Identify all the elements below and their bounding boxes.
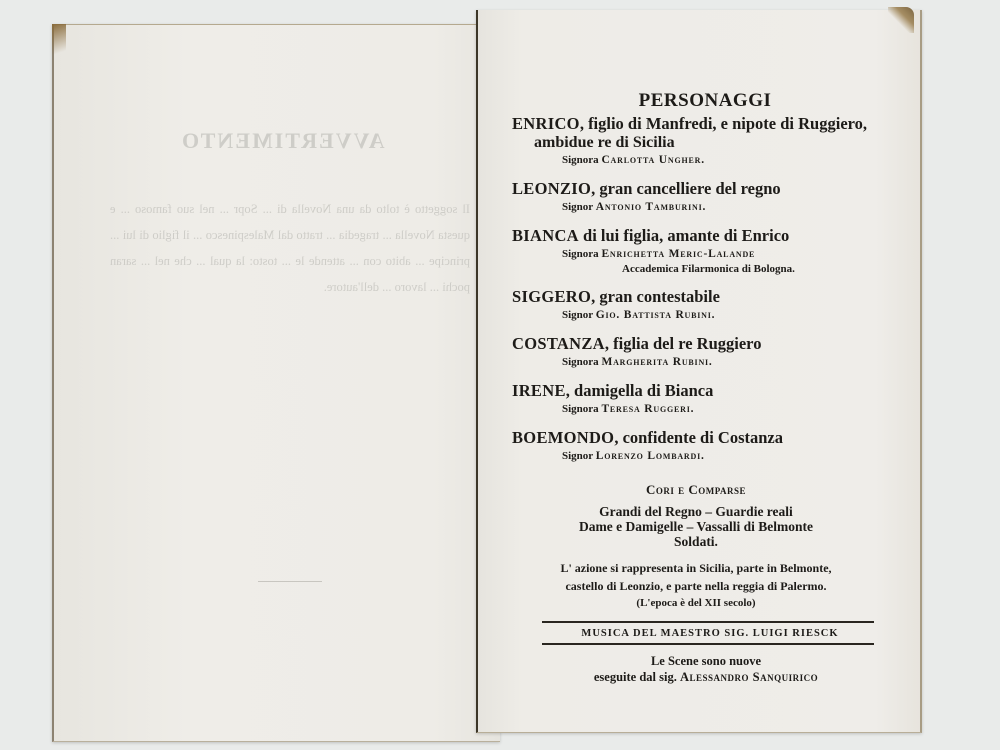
character-description: , damigella di Bianca: [566, 381, 714, 400]
character-description: di lui figlia, amante di Enrico: [579, 226, 789, 245]
performer-title: Signor: [562, 309, 593, 321]
cast-list: PERSONAGGI ENRICO, figlio di Manfredi, e…: [512, 90, 880, 685]
performer-name: Lorenzo Lombardi.: [596, 450, 705, 462]
character-name: SIGGERO: [512, 287, 591, 306]
scenes-prefix: eseguite dal sig.: [594, 670, 680, 684]
character-entry: ENRICO, figlio di Manfredi, e nipote di …: [512, 114, 880, 168]
chorus-list: Grandi del Regno – Guardie reali Dame e …: [512, 504, 880, 549]
scenes-line: Le Scene sono nuove: [532, 653, 880, 669]
performer-title: Signora: [562, 403, 599, 415]
performer-title: Signor: [562, 201, 593, 213]
bleed-through-rule: [258, 581, 322, 582]
setting-text: L' azione si rappresenta in Sicilia, par…: [512, 559, 880, 595]
performer-title: Signora: [562, 248, 599, 260]
character-entry: COSTANZA, figlia del re Ruggiero Signora…: [512, 334, 880, 370]
performer-name: Margherita Rubini.: [601, 356, 712, 368]
page-title: PERSONAGGI: [530, 90, 880, 112]
performer-title: Signora: [562, 154, 599, 166]
performer-name: Gio. Battista Rubini.: [596, 309, 716, 321]
character-description-cont: ambidue re di Sicilia: [512, 134, 880, 152]
character-name: COSTANZA: [512, 334, 605, 353]
character-entry: IRENE, damigella di Bianca Signora Teres…: [512, 381, 880, 417]
epoch-note: (L'epoca è del XII secolo): [512, 597, 880, 609]
chorus-line: Grandi del Regno – Guardie reali: [512, 504, 880, 519]
worn-corner-right: [888, 7, 914, 33]
character-description: , confidente di Costanza: [614, 428, 783, 447]
character-description: , gran contestabile: [591, 287, 720, 306]
music-credit: MUSICA DEL MAESTRO SIG. LUIGI RIESCK: [512, 623, 880, 643]
character-entry: BIANCA di lui figlia, amante di Enrico S…: [512, 226, 880, 276]
performer-name: Enrichetta Meric-Lalande: [601, 248, 755, 260]
chorus-heading: Cori e Comparse: [512, 482, 880, 498]
character-name: LEONZIO: [512, 179, 591, 198]
performer-title: Signor: [562, 450, 593, 462]
performer-title: Signora: [562, 356, 599, 368]
character-description: , figlia del re Ruggiero: [605, 334, 762, 353]
divider-rule: [542, 643, 874, 645]
character-entry: SIGGERO, gran contestabile Signor Gio. B…: [512, 287, 880, 323]
character-description: , figlio di Manfredi, e nipote di Ruggie…: [580, 114, 867, 133]
character-name: ENRICO: [512, 114, 580, 133]
performer-name: Teresa Ruggeri.: [601, 403, 694, 415]
performer-name: Antonio Tamburini.: [596, 201, 706, 213]
setting-line: castello di Leonzio, e parte nella reggi…: [512, 577, 880, 595]
performer-affiliation: Accademica Filarmonica di Bologna.: [512, 262, 880, 276]
chorus-line: Dame e Damigelle – Vassalli di Belmonte: [512, 519, 880, 534]
scenes-designer: Alessandro Sanquirico: [680, 670, 818, 684]
scenes-credit: Le Scene sono nuove eseguite dal sig. Al…: [532, 653, 880, 685]
character-description: , gran cancelliere del regno: [591, 179, 781, 198]
character-entry: LEONZIO, gran cancelliere del regno Sign…: [512, 179, 880, 215]
character-name: IRENE: [512, 381, 566, 400]
worn-corner-left: [52, 24, 66, 64]
chorus-line: Soldati.: [512, 534, 880, 549]
character-entry: BOEMONDO, confidente di Costanza Signor …: [512, 428, 880, 464]
bleed-through-title: AVVERTIMENTO: [180, 128, 385, 154]
setting-line: L' azione si rappresenta in Sicilia, par…: [512, 559, 880, 577]
performer-name: Carlotta Ungher.: [601, 154, 704, 166]
character-name: BIANCA: [512, 226, 579, 245]
bleed-through-body: Il soggetto è tolto da una Novella di ..…: [110, 196, 470, 300]
character-name: BOEMONDO: [512, 428, 614, 447]
